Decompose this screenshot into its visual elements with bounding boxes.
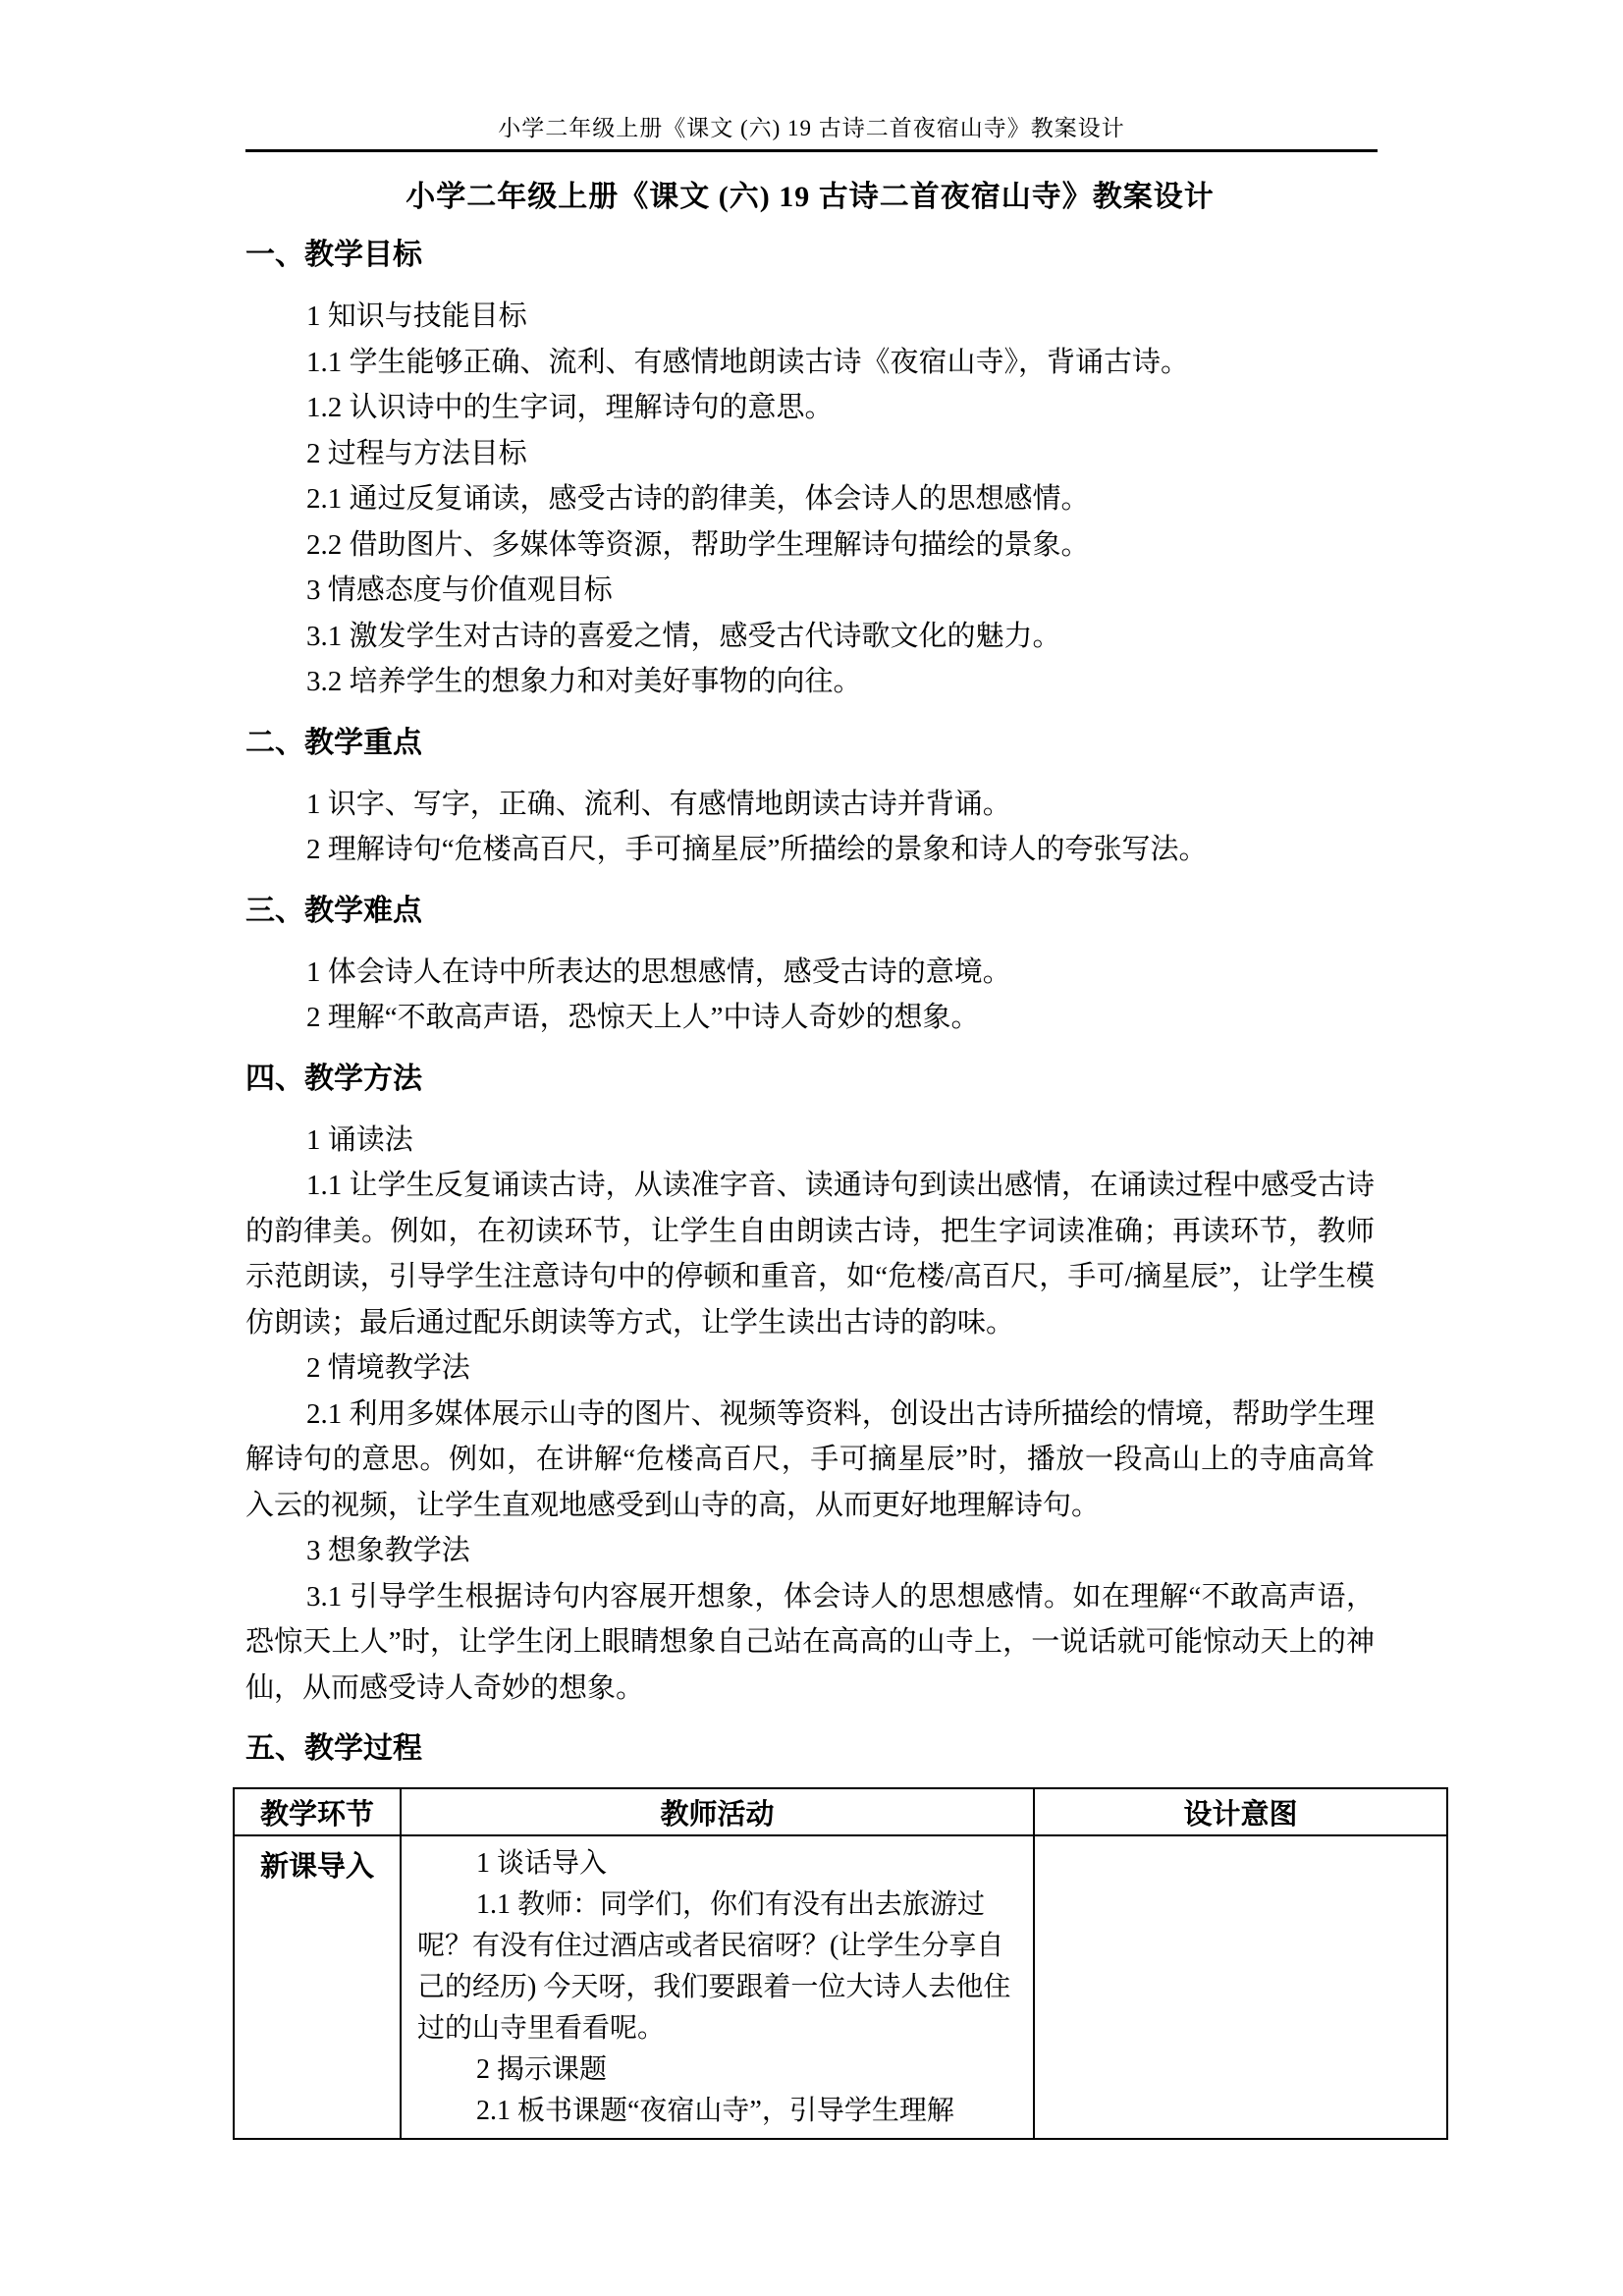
method-item: 2 情境教学法 xyxy=(245,1345,1375,1392)
section-heading-objectives: 一、教学目标 xyxy=(245,233,1375,278)
key-point-item: 2 理解诗句“危楼高百尺，手可摘星辰”所描绘的景象和诗人的夸张写法。 xyxy=(245,827,1375,873)
activity-line: 1 谈话导入 xyxy=(417,1843,1019,1885)
key-point-item: 1 识字、写字，正确、流利、有感情地朗读古诗并背诵。 xyxy=(245,782,1375,828)
objective-item: 2.2 借助图片、多媒体等资源，帮助学生理解诗句描绘的景象。 xyxy=(245,522,1375,569)
page-header: 小学二年级上册《课文 (六) 19 古诗二首夜宿山寺》教案设计 xyxy=(0,0,1623,143)
section-heading-methods: 四、教学方法 xyxy=(245,1057,1375,1102)
method-paragraph: 2.1 利用多媒体展示山寺的图片、视频等资料，创设出古诗所描绘的情境，帮助学生理… xyxy=(245,1392,1375,1529)
method-item: 1 诵读法 xyxy=(245,1118,1375,1164)
objective-item: 2 过程与方法目标 xyxy=(245,431,1375,477)
teaching-process-table: 教学环节 教师活动 设计意图 新课导入 1 谈话导入 1.1 教师：同学们，你们… xyxy=(233,1787,1448,2140)
header-rule xyxy=(245,149,1378,152)
difficulty-item: 2 理解“不敢高声语，恐惊天上人”中诗人奇妙的想象。 xyxy=(245,995,1375,1041)
teacher-activity-cell: 1 谈话导入 1.1 教师：同学们，你们有没有出去旅游过呢？有没有住过酒店或者民… xyxy=(401,1835,1034,2139)
section-heading-process: 五、教学过程 xyxy=(245,1726,1375,1772)
table-row: 新课导入 1 谈话导入 1.1 教师：同学们，你们有没有出去旅游过呢？有没有住过… xyxy=(234,1835,1447,2139)
method-item: 3 想象教学法 xyxy=(245,1528,1375,1574)
objective-item: 2.1 通过反复诵读，感受古诗的韵律美，体会诗人的思想感情。 xyxy=(245,476,1375,522)
column-header-design-intent: 设计意图 xyxy=(1034,1788,1447,1835)
section-heading-key-points: 二、教学重点 xyxy=(245,721,1375,766)
objective-item: 3.1 激发学生对古诗的喜爱之情，感受古代诗歌文化的魅力。 xyxy=(245,614,1375,660)
method-paragraph: 3.1 引导学生根据诗句内容展开想象，体会诗人的思想感情。如在理解“不敢高声语，… xyxy=(245,1574,1375,1712)
stage-cell: 新课导入 xyxy=(234,1835,401,2139)
activity-line: 2.1 板书课题“夜宿山寺”，引导学生理解 xyxy=(417,2091,1019,2132)
objective-item: 3.2 培养学生的想象力和对美好事物的向往。 xyxy=(245,659,1375,705)
objective-item: 1 知识与技能目标 xyxy=(245,294,1375,340)
document-title: 小学二年级上册《课文 (六) 19 古诗二首夜宿山寺》教案设计 xyxy=(245,178,1375,217)
column-header-teacher-activity: 教师活动 xyxy=(401,1788,1034,1835)
activity-line: 1.1 教师：同学们，你们有没有出去旅游过呢？有没有住过酒店或者民宿呀？(让学生… xyxy=(417,1885,1019,2050)
difficulty-item: 1 体会诗人在诗中所表达的思想感情，感受古诗的意境。 xyxy=(245,950,1375,996)
column-header-stage: 教学环节 xyxy=(234,1788,401,1835)
document-body: 小学二年级上册《课文 (六) 19 古诗二首夜宿山寺》教案设计 一、教学目标 1… xyxy=(0,178,1623,2140)
activity-line: 2 揭示课题 xyxy=(417,2050,1019,2091)
table-header-row: 教学环节 教师活动 设计意图 xyxy=(234,1788,1447,1835)
section-heading-difficulties: 三、教学难点 xyxy=(245,889,1375,934)
document-page: 小学二年级上册《课文 (六) 19 古诗二首夜宿山寺》教案设计 小学二年级上册《… xyxy=(0,0,1623,2296)
objective-item: 3 情感态度与价值观目标 xyxy=(245,568,1375,614)
objective-item: 1.2 认识诗中的生字词，理解诗句的意思。 xyxy=(245,385,1375,431)
objective-item: 1.1 学生能够正确、流利、有感情地朗读古诗《夜宿山寺》，背诵古诗。 xyxy=(245,340,1375,386)
design-intent-cell xyxy=(1034,1835,1447,2139)
method-paragraph: 1.1 让学生反复诵读古诗，从读准字音、读通诗句到读出感情，在诵读过程中感受古诗… xyxy=(245,1163,1375,1345)
